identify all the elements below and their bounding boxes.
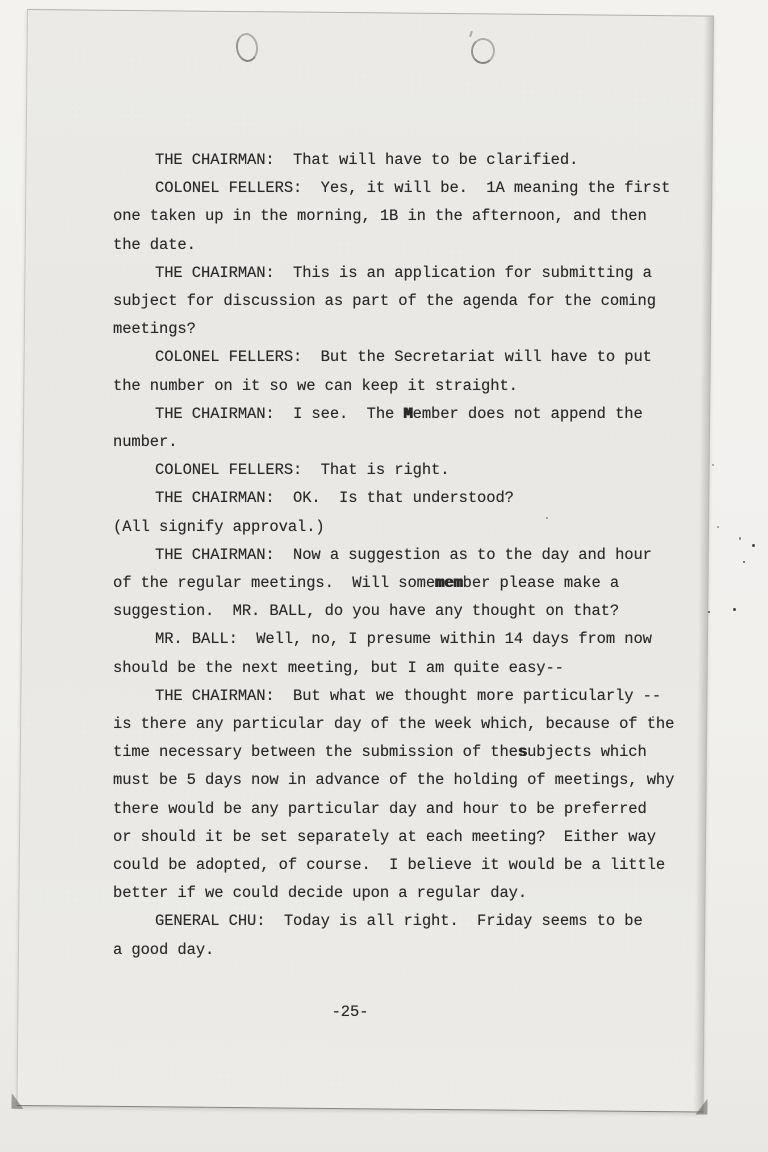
page-number: -25-	[0, 1003, 700, 1021]
line-text: there would be any particular day and ho…	[113, 800, 647, 818]
transcript-line: the date.	[113, 231, 703, 259]
line-text: MR. BALL: Well, no, I presume within 14 …	[155, 630, 652, 648]
transcript-line: meetings?	[113, 315, 703, 343]
line-text: must be 5 days now in advance of the hol…	[113, 771, 674, 789]
line-text: THE CHAIRMAN: But what we thought more p…	[155, 687, 661, 705]
overstruck-text: mem	[435, 574, 463, 592]
line-text: could be adopted, of course. I believe i…	[113, 856, 665, 874]
line-text: COLONEL FELLERS: But the Secretariat wil…	[155, 348, 652, 366]
transcript-line: a good day.	[113, 936, 703, 964]
line-text: meetings?	[113, 320, 196, 338]
line-text: COLONEL FELLERS: That is right.	[155, 461, 449, 479]
line-text: COLONEL FELLERS: Yes, it will be. 1A mea…	[155, 179, 670, 197]
transcript-line: THE CHAIRMAN: This is an application for…	[113, 259, 703, 287]
line-text: the number on it so we can keep it strai…	[113, 377, 518, 395]
line-text: or should it be set separately at each m…	[113, 828, 656, 846]
overstruck-text: M	[403, 405, 412, 423]
line-text: THE CHAIRMAN: OK. Is that understood?	[155, 489, 514, 507]
transcript-line: of the regular meetings. Will somemember…	[113, 569, 703, 597]
dust-speck	[743, 561, 745, 563]
line-text: should be the next meeting, but I am qui…	[113, 659, 564, 677]
line-text: THE CHAIRMAN: Now a suggestion as to the…	[155, 546, 652, 564]
transcript-line: THE CHAIRMAN: Now a suggestion as to the…	[113, 541, 703, 569]
transcript-line: COLONEL FELLERS: Yes, it will be. 1A mea…	[113, 174, 703, 202]
transcript-line: could be adopted, of course. I believe i…	[113, 851, 703, 879]
line-text: THE CHAIRMAN: That will have to be clari…	[155, 151, 578, 169]
transcript-line: (All signify approval.)	[113, 513, 703, 541]
scanned-document: THE CHAIRMAN: That will have to be clari…	[0, 0, 768, 1152]
overstruck-text: s	[518, 743, 527, 761]
transcript-line: one taken up in the morning, 1B in the a…	[113, 202, 703, 230]
transcript-line: suggestion. MR. BALL, do you have any th…	[113, 597, 703, 625]
dust-speck	[717, 526, 719, 528]
dust-speck	[712, 464, 714, 466]
dust-speck	[652, 716, 654, 718]
transcript-line: is there any particular day of the week …	[113, 710, 703, 738]
transcript-line: GENERAL CHU: Today is all right. Friday …	[113, 907, 703, 935]
transcript-line: COLONEL FELLERS: That is right.	[113, 456, 703, 484]
transcript-line: there would be any particular day and ho…	[113, 795, 703, 823]
line-text: the date.	[113, 236, 196, 254]
dust-speck	[752, 544, 755, 547]
transcript-line: MR. BALL: Well, no, I presume within 14 …	[113, 625, 703, 653]
transcript-line: or should it be set separately at each m…	[113, 823, 703, 851]
line-text: suggestion. MR. BALL, do you have any th…	[113, 602, 619, 620]
line-text: GENERAL CHU: Today is all right. Friday …	[155, 912, 643, 930]
line-text: THE CHAIRMAN: This is an application for…	[155, 264, 652, 282]
dust-speck	[733, 608, 736, 611]
line-text: of the regular meetings. Will some	[113, 574, 435, 592]
line-text: ber please make a	[463, 574, 619, 592]
transcript-line: subject for discussion as part of the ag…	[113, 287, 703, 315]
line-text: subject for discussion as part of the ag…	[113, 292, 656, 310]
transcript-line: the number on it so we can keep it strai…	[113, 372, 703, 400]
line-text: ubjects which	[527, 743, 647, 761]
transcript: THE CHAIRMAN: That will have to be clari…	[113, 146, 703, 964]
dust-speck	[115, 219, 117, 221]
line-text: one taken up in the morning, 1B in the a…	[113, 207, 647, 225]
dust-speck	[739, 537, 741, 540]
dust-speck	[708, 611, 710, 613]
transcript-line: number.	[113, 428, 703, 456]
transcript-line: THE CHAIRMAN: OK. Is that understood?	[113, 484, 703, 512]
transcript-line: should be the next meeting, but I am qui…	[113, 654, 703, 682]
line-text: better if we could decide upon a regular…	[113, 884, 527, 902]
transcript-line: THE CHAIRMAN: I see. The Member does not…	[113, 400, 703, 428]
transcript-line: THE CHAIRMAN: That will have to be clari…	[113, 146, 703, 174]
transcript-line: better if we could decide upon a regular…	[113, 879, 703, 907]
dust-speck	[546, 517, 548, 519]
line-text: a good day.	[113, 941, 214, 959]
transcript-line: must be 5 days now in advance of the hol…	[113, 766, 703, 794]
paper-corner-fold	[11, 1093, 23, 1109]
line-text: is there any particular day of the week …	[113, 715, 674, 733]
line-text: ember does not append the	[413, 405, 643, 423]
line-text: number.	[113, 433, 177, 451]
transcript-line: THE CHAIRMAN: But what we thought more p…	[113, 682, 703, 710]
transcript-line: COLONEL FELLERS: But the Secretariat wil…	[113, 343, 703, 371]
transcript-line: time necessary between the submission of…	[113, 738, 703, 766]
line-text: THE CHAIRMAN: I see. The	[155, 405, 403, 423]
line-text: (All signify approval.)	[113, 518, 325, 536]
line-text: time necessary between the submission of…	[113, 743, 518, 761]
